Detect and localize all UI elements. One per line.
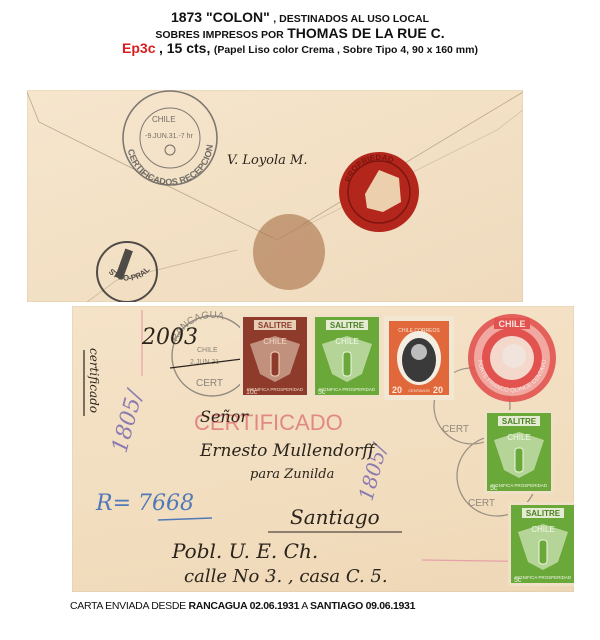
envelope-front-art: RANCAGUA CHILE 2.JUN.31 CERT CERT CERT 2…: [72, 306, 574, 592]
svg-text:CHILE: CHILE: [507, 433, 531, 442]
svg-text:SALITRE: SALITRE: [502, 417, 537, 426]
stamp-salitre-10c: SALITRE CHILE SIGNIFICA PROSPERIDAD 10c: [240, 314, 310, 398]
stamp-salitre-5c-c: SALITRE CHILE SIGNIFICA PROSPERIDAD 5c: [508, 502, 574, 586]
svg-text:CERT: CERT: [196, 378, 223, 389]
transit-postmark-icon: STGO-PRAL: [97, 242, 157, 302]
svg-text:5c: 5c: [514, 577, 522, 584]
svg-text:CERTIFICADOS RECEPCION: CERTIFICADOS RECEPCION: [126, 144, 215, 187]
envelope-back-art: CERTIFICADOS RECEPCION CHILE -9.JUN.31.-…: [27, 90, 523, 302]
svg-text:SALITRE: SALITRE: [330, 321, 365, 330]
address-city: Santiago: [290, 505, 380, 529]
svg-text:SIGNIFICA PROSPERIDAD: SIGNIFICA PROSPERIDAD: [491, 483, 548, 488]
face-value: , 15 cts,: [159, 40, 210, 56]
side-note: certificado: [87, 348, 101, 413]
title-maker: THOMAS DE LA RUE C.: [287, 25, 444, 41]
wax-seal-icon: PROPRIEDAD: [339, 152, 419, 232]
svg-text:5c: 5c: [318, 389, 326, 396]
address-salutation: Señor: [200, 407, 249, 426]
receipt-postmark-icon: CERTIFICADOS RECEPCION CHILE -9.JUN.31.-…: [123, 91, 217, 187]
indicia-stamp-icon: CHILE PORTE FRANCO QUINCE CENTAVOS: [468, 314, 556, 402]
svg-text:SALITRE: SALITRE: [526, 509, 561, 518]
address-name: Ernesto Mullendorff: [199, 441, 377, 461]
caption: CARTA ENVIADA DESDE RANCAGUA 02.06.1931 …: [70, 600, 415, 612]
svg-text:20: 20: [433, 385, 443, 395]
caption-destination: SANTIAGO 09.06.1931: [310, 600, 415, 612]
title-line-1: 1873 "COLON" , DESTINADOS AL USO LOCAL: [0, 9, 600, 25]
svg-text:SIGNIFICA PROSPERIDAD: SIGNIFICA PROSPERIDAD: [319, 387, 376, 392]
registration-number: R= 7668: [95, 491, 194, 516]
title-line-2: SOBRES IMPRESOS POR THOMAS DE LA RUE C.: [0, 25, 600, 41]
svg-text:CHILE CORREOS: CHILE CORREOS: [398, 328, 440, 334]
reference-number: 2003: [141, 325, 198, 350]
address-care-of: para Zunilda: [250, 467, 334, 482]
title-year: 1873 "COLON": [171, 9, 270, 25]
svg-text:-9.JUN.31.-7 hr: -9.JUN.31.-7 hr: [145, 133, 194, 140]
caption-origin: RANCAGUA 02.06.1931: [189, 600, 300, 612]
svg-text:5c: 5c: [490, 485, 498, 492]
caption-connector: A: [301, 600, 307, 612]
svg-text:CENTAVOS: CENTAVOS: [408, 388, 430, 393]
envelope-details: (Papel Liso color Crema , Sobre Tipo 4, …: [214, 44, 478, 56]
svg-text:CERT: CERT: [442, 424, 469, 435]
envelope-front: RANCAGUA CHILE 2.JUN.31 CERT CERT CERT 2…: [70, 304, 574, 592]
svg-text:CHILE: CHILE: [263, 337, 287, 346]
stamp-salitre-5c-b: SALITRE CHILE SIGNIFICA PROSPERIDAD 5c: [484, 410, 554, 494]
svg-text:CHILE: CHILE: [531, 525, 555, 534]
address-line-2: calle No 3. , casa C. 5.: [184, 566, 388, 587]
svg-text:10c: 10c: [246, 389, 258, 396]
title-usage: , DESTINADOS AL USO LOCAL: [273, 13, 429, 25]
svg-text:20: 20: [392, 385, 402, 395]
svg-text:SIGNIFICA PROSPERIDAD: SIGNIFICA PROSPERIDAD: [515, 575, 572, 580]
address-line-1: Pobl. U. E. Ch.: [171, 539, 318, 563]
stamp-portrait-20c: CHILE CORREOS 20 20 CENTAVOS: [384, 316, 454, 400]
title-line-3: Ep3c , 15 cts, (Papel Liso color Crema ,…: [0, 40, 600, 56]
stamp-salitre-5c: SALITRE CHILE SIGNIFICA PROSPERIDAD 5c: [312, 314, 382, 398]
svg-text:CHILE: CHILE: [152, 115, 176, 124]
rancagua-postmark-icon: RANCAGUA CHILE 2.JUN.31 CERT: [169, 310, 252, 396]
svg-text:CERT: CERT: [468, 498, 495, 509]
pencil-number-1: 1805/: [108, 385, 149, 455]
sender-signature: V. Loyola M.: [227, 153, 308, 168]
catalog-code: Ep3c: [122, 40, 155, 56]
svg-text:SALITRE: SALITRE: [258, 321, 293, 330]
svg-text:CHILE: CHILE: [197, 347, 218, 354]
caption-prefix: CARTA ENVIADA DESDE: [70, 600, 186, 612]
envelope-back: CERTIFICADOS RECEPCION CHILE -9.JUN.31.-…: [27, 90, 523, 302]
svg-text:CHILE: CHILE: [335, 337, 359, 346]
svg-text:CHILE: CHILE: [499, 319, 526, 329]
svg-text:STGO-PRAL: STGO-PRAL: [107, 265, 152, 283]
